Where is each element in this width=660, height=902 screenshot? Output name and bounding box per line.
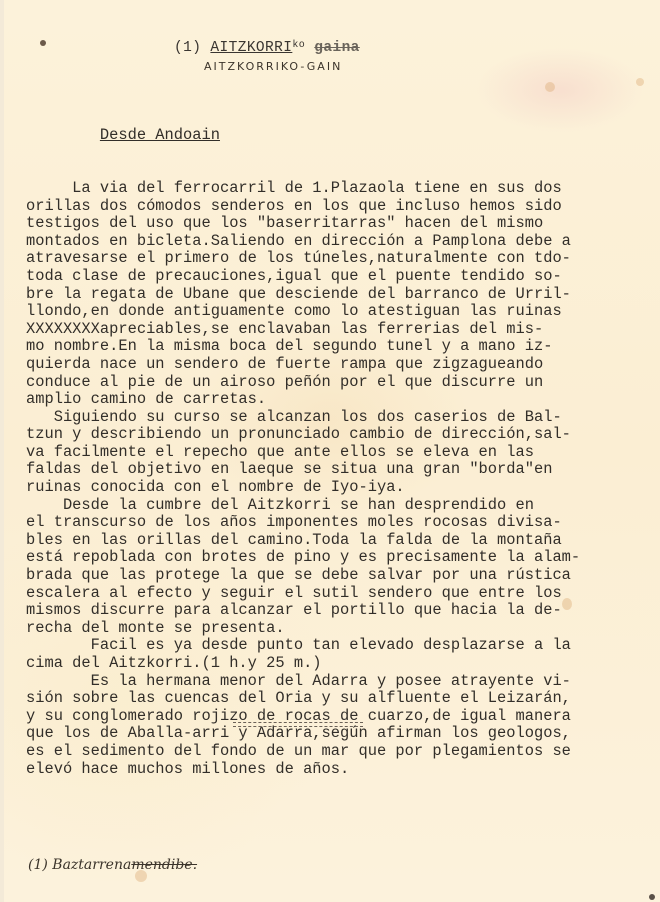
subheading: Desde Andoain	[100, 126, 220, 144]
title-footnote-marker: (1)	[174, 40, 201, 56]
text-line: Facil es ya desde punto tan elevado desp…	[26, 637, 660, 655]
text-line: sión sobre las cuencas del Oria y su alf…	[26, 690, 660, 708]
text-line: bre la regata de Ubane que desciende del…	[26, 286, 660, 304]
text-line: testigos del uso que los "baserritarras"…	[26, 215, 660, 233]
title-text: AITZKORRI	[210, 40, 292, 56]
text-line: toda clase de precauciones,igual que el …	[26, 268, 660, 286]
text-line: amplio camino de carretas.	[26, 391, 660, 409]
text-line: montados en bicleta.Saliendo en direcció…	[26, 233, 660, 251]
page-edge	[0, 0, 4, 902]
stain-spot	[545, 82, 555, 92]
text-line: conduce al pie de un airoso peñón por el…	[26, 374, 660, 392]
footnote-text: Baztarrena	[52, 857, 131, 873]
document-title: (1) AITZKORRIko gaina	[174, 40, 360, 56]
text-line: llondo,en donde antiguamente como lo ate…	[26, 303, 660, 321]
body-lines: La via del ferrocarril de 1.Plazaola tie…	[26, 180, 660, 778]
text-line: cima del Aitzkorri.(1 h.y 25 m.)	[26, 655, 660, 673]
text-line: ruinas conocida con el nombre de Iyo-iya…	[26, 479, 660, 497]
text-line: el transcurso de los años imponentes mol…	[26, 514, 660, 532]
text-line: mo nombre.En la misma boca del segundo t…	[26, 338, 660, 356]
text-line: XXXXXXXXapreciables,se enclavaban las fe…	[26, 321, 660, 339]
text-line: elevó hace muchos millones de años.	[26, 761, 660, 779]
text-line: orillas dos cómodos senderos en los que …	[26, 198, 660, 216]
footnote-struck-text: mendibe.	[131, 857, 197, 873]
stain-spot	[636, 78, 644, 86]
text-line: mismos discurre para alcanzar el portill…	[26, 602, 660, 620]
text-line: tzun y describiendo un pronunciado cambi…	[26, 426, 660, 444]
text-line: Desde la cumbre del Aitzkorri se han des…	[26, 497, 660, 515]
ink-dot	[649, 894, 655, 900]
text-line: que los de Aballa-arri y Adarra,según af…	[26, 725, 660, 743]
text-line: Es la hermana menor del Adarra y posee a…	[26, 673, 660, 691]
handwritten-title-correction: AITZKORRIKO-GAIN	[204, 60, 342, 73]
ink-spot	[40, 40, 46, 46]
text-line: faldas del objetivo en laeque se situa u…	[26, 461, 660, 479]
text-line: va facilmente el repecho que ante ellos …	[26, 444, 660, 462]
text-line: atravesarse el primero de los túneles,na…	[26, 250, 660, 268]
subheading-line: Desde Andoain	[26, 127, 660, 145]
footnote-marker: (1)	[28, 857, 48, 873]
text-line: Siguiendo su curso se alcanzan los dos c…	[26, 409, 660, 427]
handwritten-footnote: (1) Baztarrenamendibe.	[28, 857, 197, 873]
text-line: es el sedimento del fondo de un mar que …	[26, 743, 660, 761]
text-line: recha del monte se presenta.	[26, 620, 660, 638]
title-struck-word: gaina	[314, 40, 360, 56]
text-line: La via del ferrocarril de 1.Plazaola tie…	[26, 180, 660, 198]
typewritten-body: Desde Andoain La via del ferrocarril de …	[26, 92, 660, 796]
text-line: brada que las protege la que se debe sal…	[26, 567, 660, 585]
title-handwritten-suffix: ko	[292, 40, 305, 51]
text-line: quierda nace un sendero de fuerte rampa …	[26, 356, 660, 374]
text-line: escalera al efecto y seguir el sutil sen…	[26, 585, 660, 603]
text-line: está repoblada con brotes de pino y es p…	[26, 549, 660, 567]
text-line: bles en las orillas del camino.Toda la f…	[26, 532, 660, 550]
section-separator	[233, 722, 363, 727]
